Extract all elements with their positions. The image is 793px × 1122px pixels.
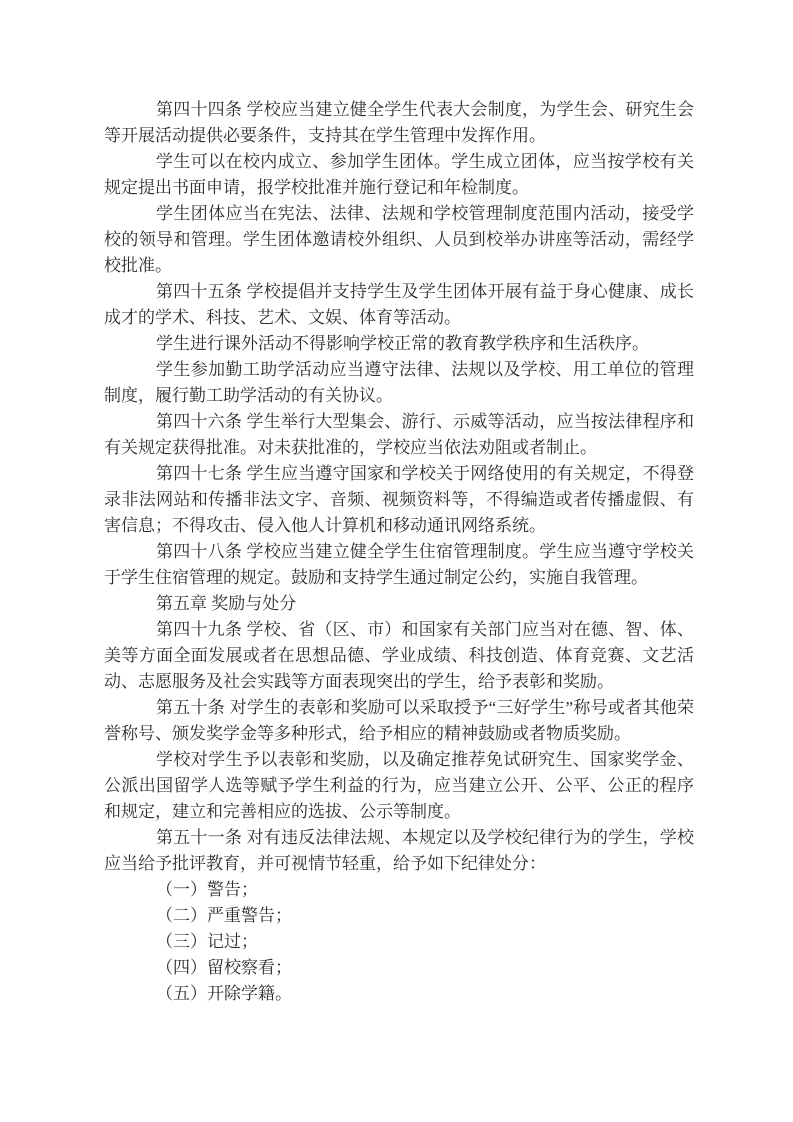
article-47-paragraph: 第四十七条 学生应当遵守国家和学校关于网络使用的有关规定，不得登录非法网站和传播…: [104, 461, 694, 539]
article-45-clause-2: 学生进行课外活动不得影响学校正常的教育教学秩序和生活秩序。: [104, 331, 694, 357]
article-50-paragraph: 第五十条 对学生的表彰和奖励可以采取授予“三好学生”称号或者其他荣誉称号、颁发奖…: [104, 695, 694, 747]
document-body: 第四十四条 学校应当建立健全学生代表大会制度，为学生会、研究生会等开展活动提供必…: [104, 97, 694, 1007]
punishment-item-2: （二）严重警告；: [104, 903, 694, 929]
punishment-item-1: （一）警告；: [104, 877, 694, 903]
article-51-paragraph: 第五十一条 对有违反法律法规、本规定以及学校纪律行为的学生，学校应当给予批评教育…: [104, 825, 694, 877]
article-50-clause-2: 学校对学生予以表彰和奖励，以及确定推荐免试研究生、国家奖学金、公派出国留学人选等…: [104, 747, 694, 825]
article-45-clause-3: 学生参加勤工助学活动应当遵守法律、法规以及学校、用工单位的管理制度，履行勤工助学…: [104, 357, 694, 409]
chapter-5-heading: 第五章 奖励与处分: [104, 591, 694, 617]
article-44-clause-2: 学生可以在校内成立、参加学生团体。学生成立团体，应当按学校有关规定提出书面申请，…: [104, 149, 694, 201]
article-44-clause-3: 学生团体应当在宪法、法律、法规和学校管理制度范围内活动，接受学校的领导和管理。学…: [104, 201, 694, 279]
punishment-item-5: （五）开除学籍。: [104, 981, 694, 1007]
article-49-paragraph: 第四十九条 学校、省（区、市）和国家有关部门应当对在德、智、体、美等方面全面发展…: [104, 617, 694, 695]
article-46-paragraph: 第四十六条 学生举行大型集会、游行、示威等活动，应当按法律程序和有关规定获得批准…: [104, 409, 694, 461]
punishment-item-3: （三）记过；: [104, 929, 694, 955]
article-44-paragraph: 第四十四条 学校应当建立健全学生代表大会制度，为学生会、研究生会等开展活动提供必…: [104, 97, 694, 149]
punishment-item-4: （四）留校察看；: [104, 955, 694, 981]
article-48-paragraph: 第四十八条 学校应当建立健全学生住宿管理制度。学生应当遵守学校关于学生住宿管理的…: [104, 539, 694, 591]
article-45-paragraph: 第四十五条 学校提倡并支持学生及学生团体开展有益于身心健康、成长成才的学术、科技…: [104, 279, 694, 331]
document-page: 第四十四条 学校应当建立健全学生代表大会制度，为学生会、研究生会等开展活动提供必…: [0, 0, 793, 1122]
